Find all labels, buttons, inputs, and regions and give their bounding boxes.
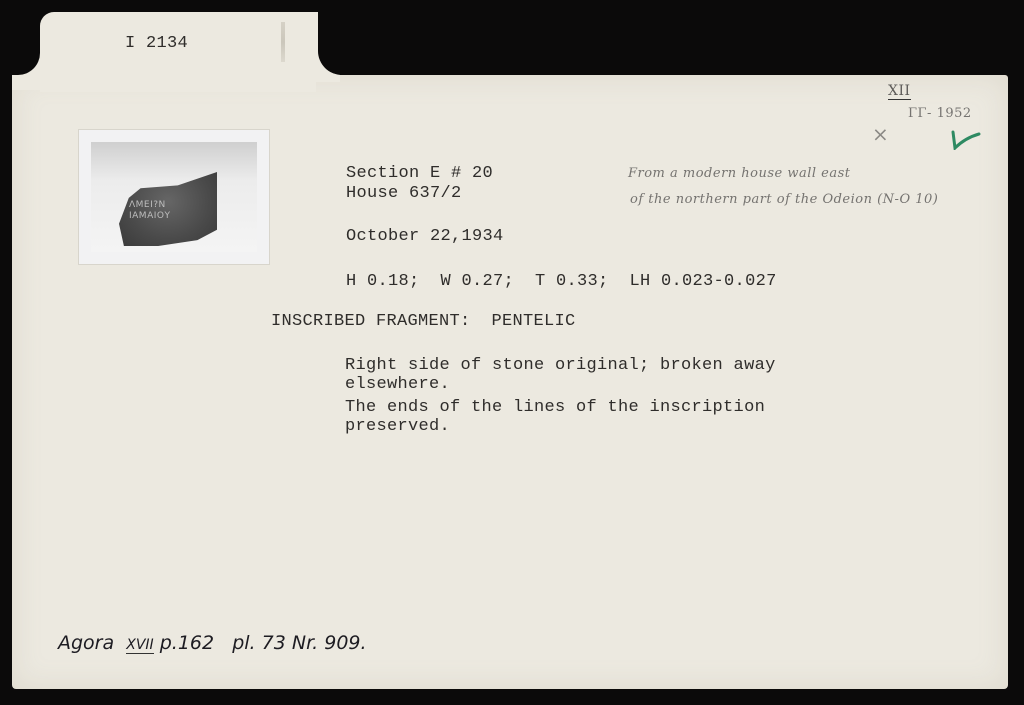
reference-mark: ΓΓ- 1952 [908, 106, 972, 121]
check-mark-icon [951, 128, 981, 150]
house-line: House 637/2 [346, 184, 462, 204]
handwritten-note-line-2: of the northern part of the Odeion (N-O … [630, 192, 938, 207]
section-line: Section E # 20 [346, 164, 493, 184]
description-line-1: Right side of stone original; broken awa… [345, 356, 776, 376]
category-line: INSCRIBED FRAGMENT: PENTELIC [271, 312, 576, 332]
publication-reference: Agora XVII p.162 pl. 73 Nr. 909. [58, 632, 367, 654]
photo-mount: ΛΜΕΙ?Ν ΙΑΜΑΙΟΥ [78, 129, 270, 265]
description-line-2: elsewhere. [345, 375, 450, 395]
handwritten-note-line-1: From a modern house wall east [628, 166, 851, 181]
fragment-photo: ΛΜΕΙ?Ν ΙΑΜΑΙΟΥ [91, 142, 257, 252]
roman-numeral-mark: XII [888, 83, 911, 99]
card-tab-right-edge [300, 12, 340, 82]
dimensions-line: H 0.18; W 0.27; T 0.33; LH 0.023-0.027 [346, 272, 777, 292]
cross-mark-icon: × [872, 122, 889, 146]
find-date: October 22,1934 [346, 227, 504, 247]
inventory-number: I 2134 [125, 34, 188, 54]
description-line-4: preserved. [345, 417, 450, 437]
stone-inscription-letters: ΛΜΕΙ?Ν ΙΑΜΑΙΟΥ [129, 200, 170, 222]
description-line-3: The ends of the lines of the inscription [345, 398, 765, 418]
tab-smudge-mark [281, 22, 285, 62]
card-tab-left-edge [12, 50, 52, 90]
